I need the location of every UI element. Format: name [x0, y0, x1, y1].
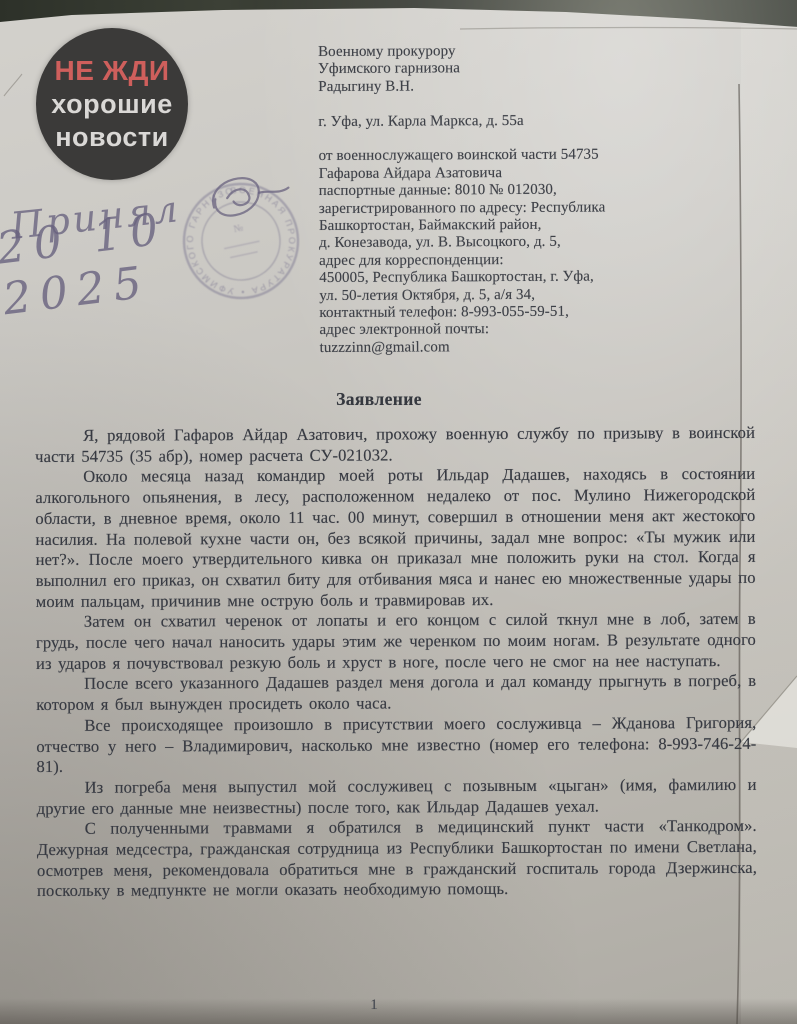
recipient-block: Военному прокурору Уфимского гарнизона Р… [318, 42, 672, 357]
recipient-line: Военному прокурору [318, 42, 670, 61]
document-body: Я, рядовой Гафаров Айдар Азатович, прохо… [35, 423, 757, 902]
recipient-line: ул. 50-летия Октября, д. 5, а/я 34, [319, 286, 671, 305]
recipient-line: Гафарова Айдара Азатовича [319, 164, 671, 183]
paragraph: Все происходящее произошло в присутствии… [36, 713, 756, 778]
recipient-line: Уфимского гарнизона [318, 60, 670, 79]
recipient-email: tuzzzinn@gmail.com [320, 338, 672, 357]
recipient-line: от военнослужащего воинской части 54735 [319, 147, 671, 166]
blank-line [318, 129, 670, 148]
paragraph: После всего указанного Дадашев раздел ме… [36, 671, 756, 716]
recipient-line: Радыгину В.Н. [318, 77, 670, 96]
badge-accent-line: НЕ ЖДИ [54, 55, 169, 87]
page-number: 1 [0, 997, 748, 1014]
paragraph: Я, рядовой Гафаров Айдар Азатович, прохо… [35, 423, 755, 468]
recipient-line: адрес электронной почты: [319, 321, 671, 340]
recipient-line: Башкортостан, Баймакский район, [319, 216, 671, 235]
photographed-document: { "colors": { "background_surface": "#34… [0, 0, 797, 1024]
paragraph: Из погреба меня выпустил мой сослуживец … [37, 775, 757, 820]
recipient-line: зарегистрированного по адресу: Республик… [319, 199, 671, 218]
paragraph: С полученными травмами я обратился в мед… [37, 816, 757, 902]
recipient-line: паспортные данные: 8010 № 012030, [319, 181, 671, 200]
recipient-line: г. Уфа, ул. Карла Маркса, д. 55а [318, 112, 670, 131]
recipient-line: д. Конезавода, ул. В. Высоцкого, д. 5, [319, 234, 671, 253]
document-title: Заявление [0, 389, 758, 410]
recipient-line: 450005, Республика Башкортостан, г. Уфа, [319, 268, 671, 287]
paragraph: Затем он схватил черенок от лопаты и его… [36, 609, 756, 674]
blank-line [318, 94, 670, 113]
badge-line-2: хорошие [51, 88, 172, 120]
paragraph: Около месяца назад командир моей роты Ил… [35, 464, 756, 612]
recipient-line: адрес для корреспонденции: [319, 251, 671, 270]
badge-line-3: новости [55, 121, 169, 153]
recipient-line: контактный телефон: 8-993-055-59-51, [319, 303, 671, 322]
watermark-badge: НЕ ЖДИ хорошие новости [36, 28, 188, 180]
